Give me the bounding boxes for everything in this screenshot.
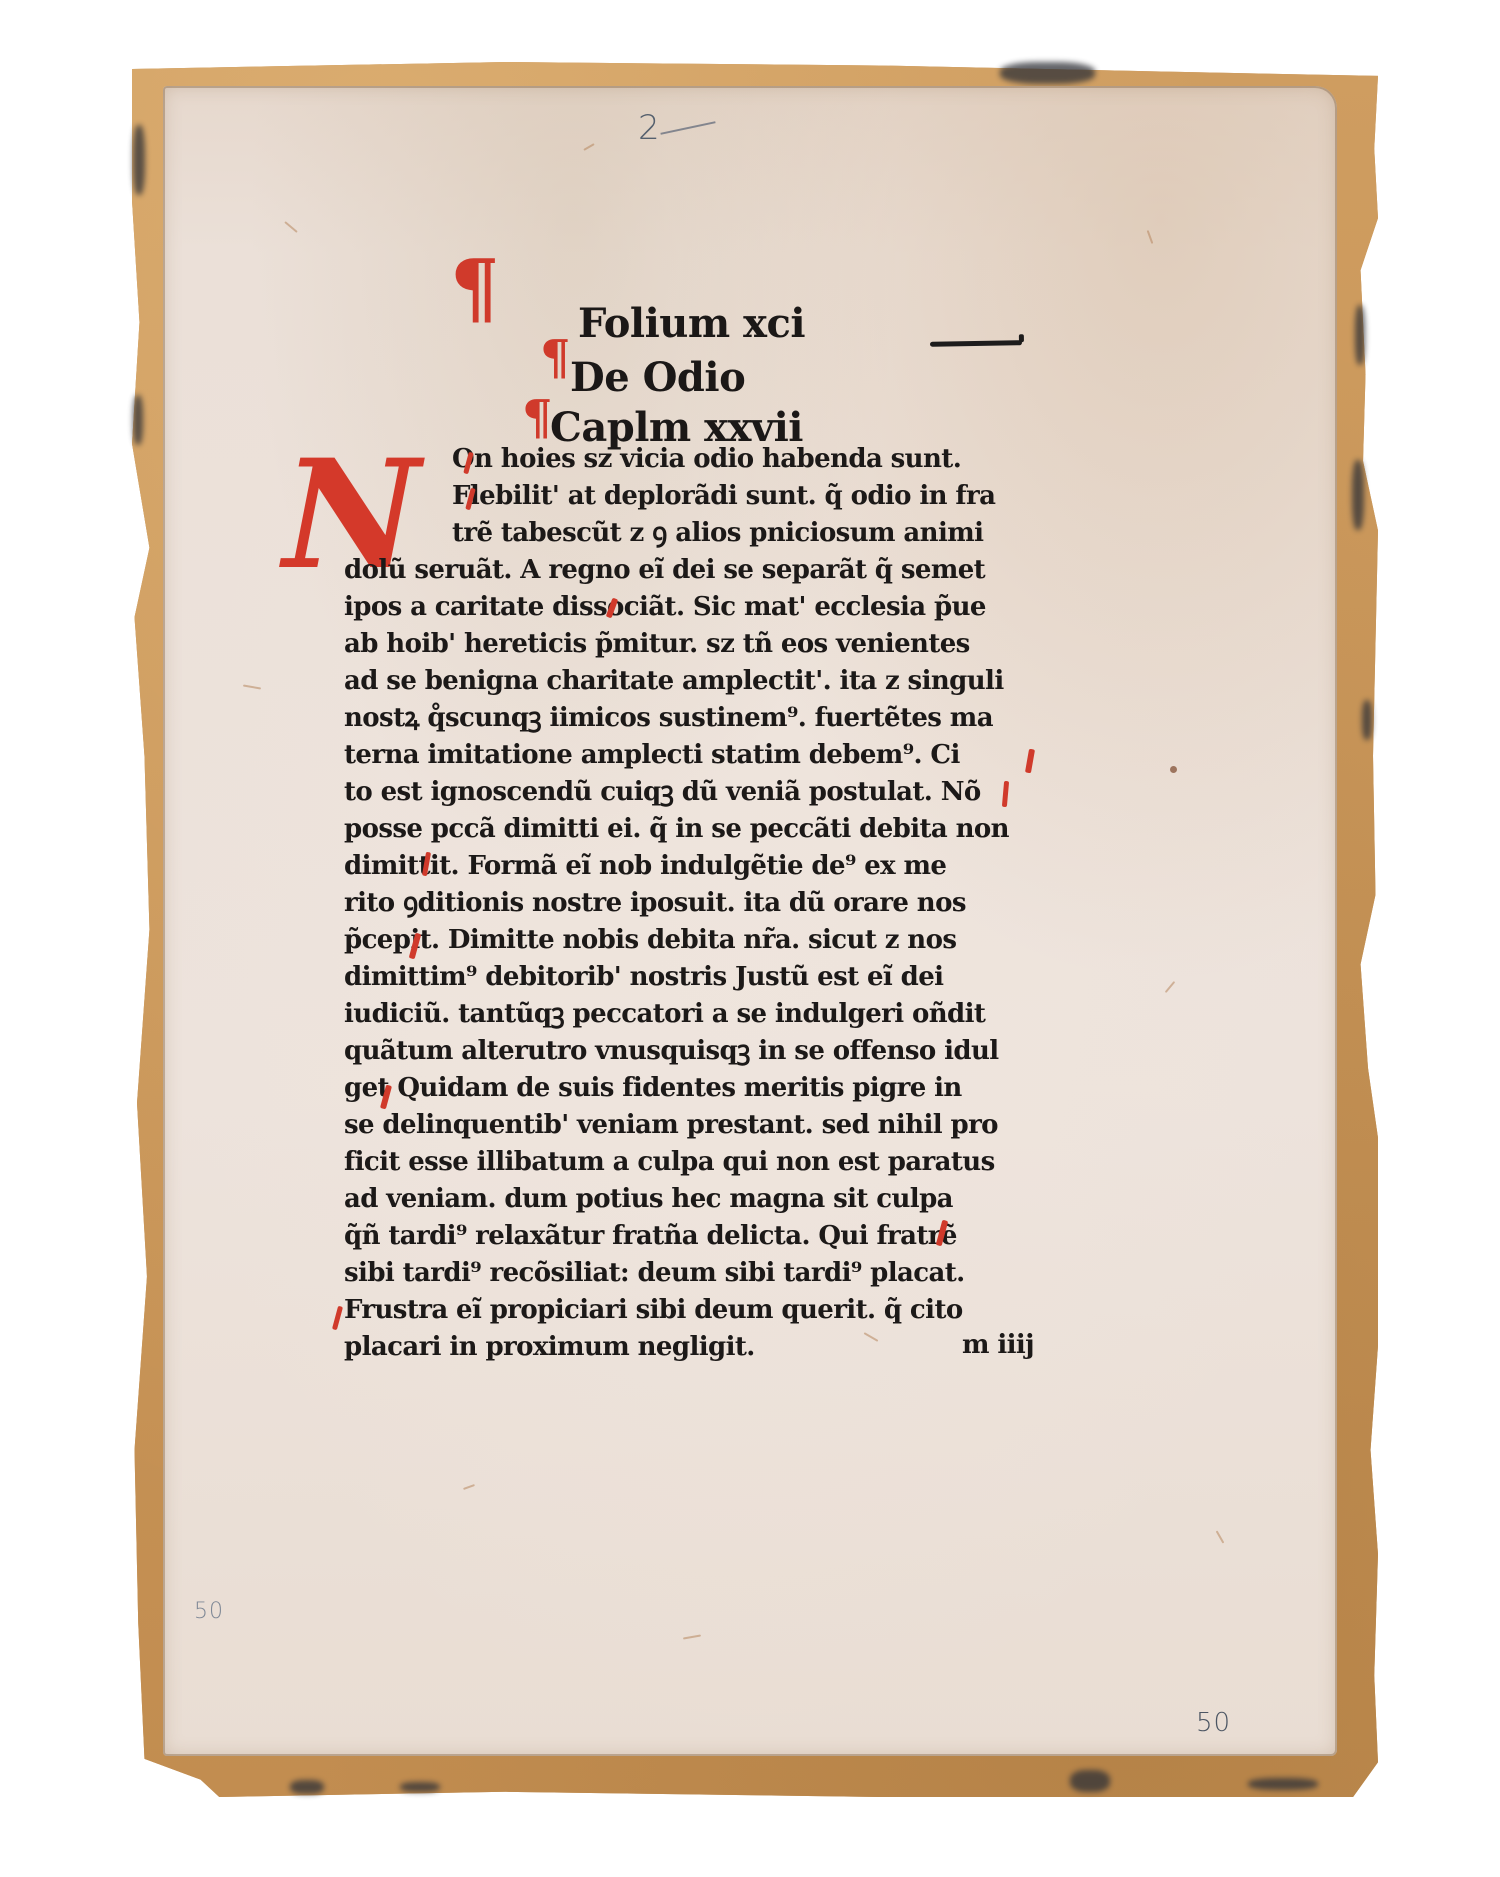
folio-heading: Folium xci	[578, 304, 805, 344]
paper-fiber	[1165, 981, 1176, 993]
mount-stain	[1362, 700, 1372, 740]
pilcrow-icon: ¶	[450, 250, 500, 328]
text-line: dolũ seruãt. A regno eĩ dei se separãt q…	[344, 557, 985, 587]
text-line: iudiciũ. tantũqꝫ peccatori a se indulger…	[344, 1001, 985, 1031]
mount-stain	[400, 1782, 440, 1792]
text-line: q̃ñ tardi⁹ relaxãtur fratña delicta. Qui…	[344, 1223, 957, 1253]
text-line: quãtum alterutro vnusquisqꝫ in se offens…	[344, 1038, 999, 1068]
text-line: ad veniam. dum potius hec magna sit culp…	[344, 1186, 953, 1216]
text-line: Frustra eĩ propiciari sibi deum querit. …	[344, 1297, 963, 1327]
mount-stain	[1070, 1770, 1110, 1792]
paper-fiber	[864, 1332, 879, 1342]
text-line: sibi tardi⁹ recõsiliat: deum sibi tardi⁹…	[344, 1260, 965, 1290]
text-line: dimittit. Formã eĩ nob indulgẽtie de⁹ ex…	[344, 853, 946, 883]
ink-speck	[1170, 766, 1177, 773]
chapter-number-heading: Caplm xxvii	[550, 408, 803, 448]
text-line: Flebilit' at deplorãdi sunt. q̃ odio in …	[452, 483, 995, 513]
text-line: terna imitatione amplecti statim debem⁹.…	[344, 742, 960, 772]
text-line: rito ꝯditionis nostre iposuit. ita dũ or…	[344, 890, 966, 920]
paper-fiber	[284, 221, 298, 233]
text-line: to est ignoscendũ cuiqꝫ dũ veniã postula…	[344, 779, 981, 809]
pencil-price-mark-right: 50	[1196, 1708, 1231, 1738]
pencil-leaf-number: 2	[638, 108, 661, 148]
mount-stain	[290, 1780, 324, 1794]
text-line: nostꝝ q̊scunqꝫ iimicos sustinem⁹. fuertẽ…	[344, 705, 993, 735]
text-line: se delinquentib' veniam prestant. sed ni…	[344, 1112, 998, 1142]
text-line: placari in proximum negligit.	[344, 1334, 755, 1364]
text-line: ab hoib' hereticis p̃mitur. sz tñ eos ve…	[344, 631, 970, 661]
mount-stain	[1352, 460, 1364, 530]
text-line: ipos a caritate dissociãt. Sic mat' eccl…	[344, 594, 986, 624]
mount-stain	[1355, 305, 1365, 365]
title-heading: De Odio	[570, 358, 745, 398]
paper-fiber	[463, 1484, 475, 1490]
text-line: posse pccã dimitti ei. q̃ in se peccãti …	[344, 816, 1009, 846]
mount-stain	[1000, 62, 1095, 84]
pilcrow-icon: ¶	[522, 394, 553, 442]
text-line: ficit esse illibatum a culpa qui non est…	[344, 1149, 995, 1179]
paper-fiber	[683, 1634, 701, 1639]
text-line: get Quidam de suis fidentes meritis pigr…	[344, 1075, 962, 1105]
paper-fiber	[243, 684, 261, 689]
paper-fiber	[583, 143, 594, 151]
signature-mark: m iiij	[962, 1332, 1034, 1362]
text-line: ad se benigna charitate amplectit'. ita …	[344, 668, 1004, 698]
pilcrow-icon: ¶	[540, 334, 571, 382]
mount-stain	[1248, 1778, 1318, 1790]
text-line: On hoies sz vicia odio habenda sunt.	[452, 446, 961, 476]
pencil-price-mark-left: 50	[194, 1599, 224, 1624]
text-line: p̃cepit. Dimitte nobis debita nr̃a. sicu…	[344, 927, 956, 957]
text-line: dimittim⁹ debitorib' nostris Justũ est e…	[344, 964, 943, 994]
mount-stain	[133, 395, 143, 445]
mount-stain	[133, 125, 145, 195]
paper-fiber	[1147, 230, 1154, 244]
paper-fiber	[1216, 1530, 1225, 1543]
text-line: trẽ tabescũt z ꝯ alios pniciosum animi	[452, 520, 983, 550]
